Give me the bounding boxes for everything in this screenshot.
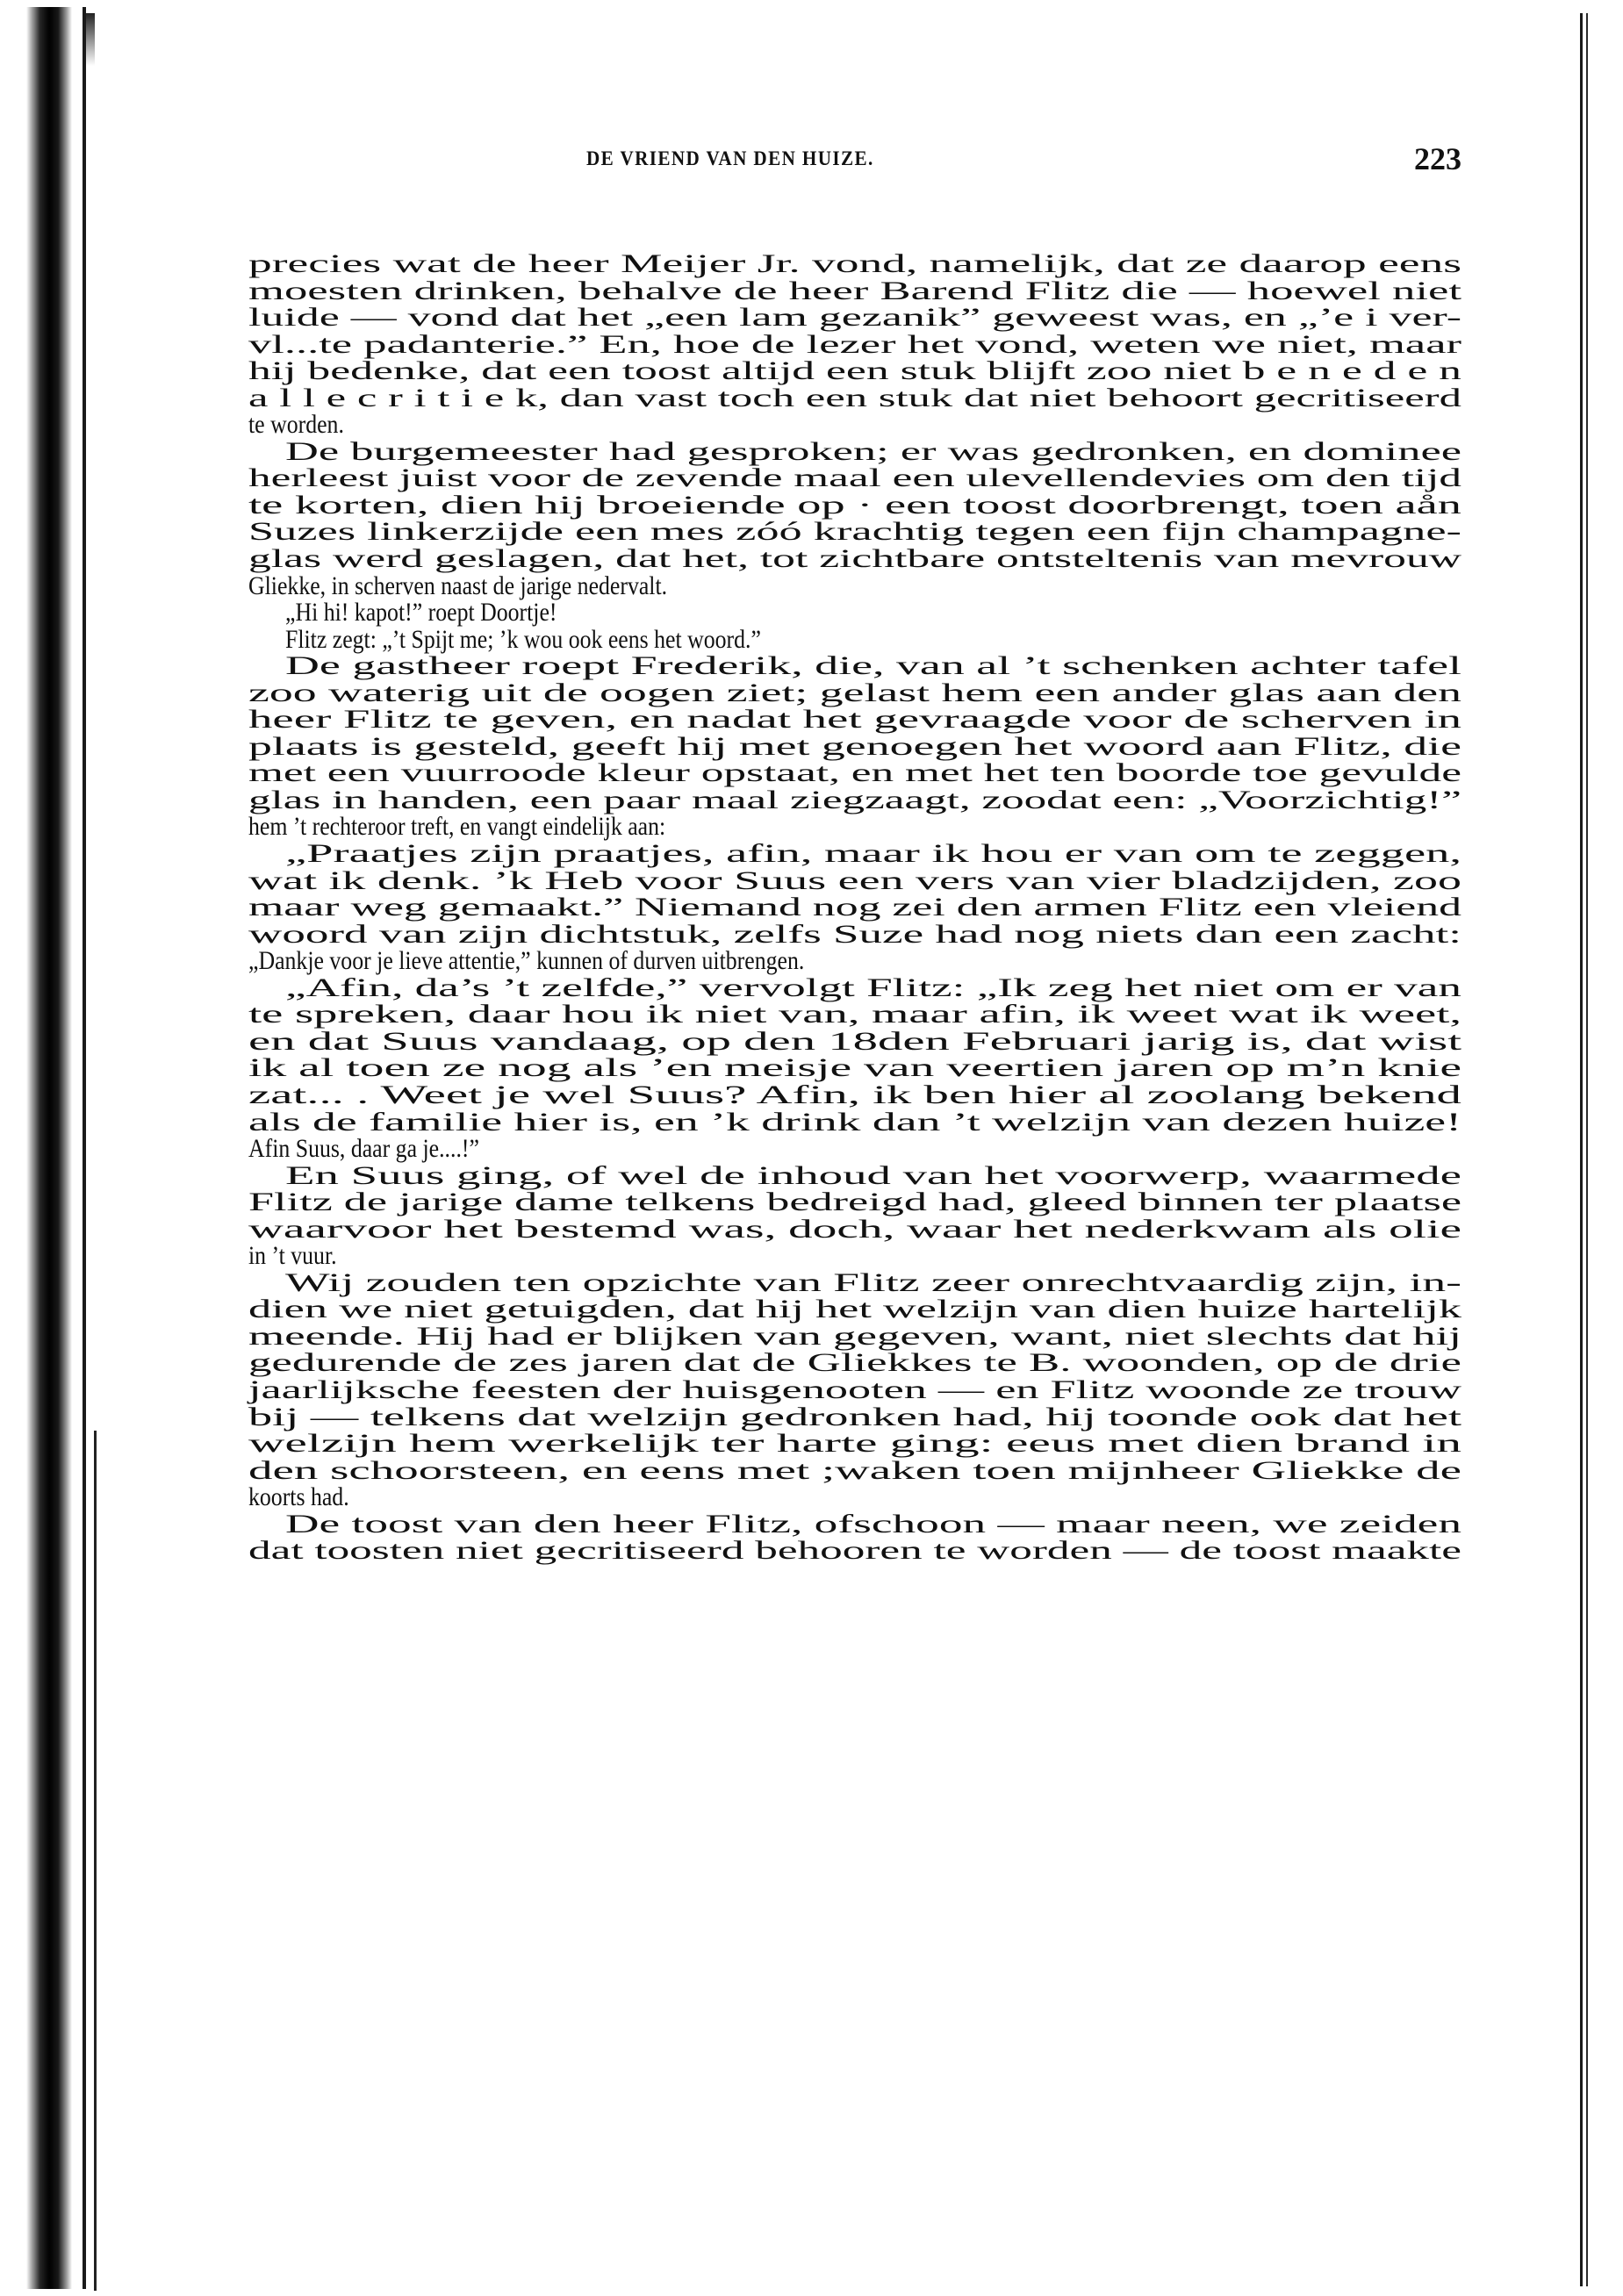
text-line-content: en dat Suus vandaag, op den 18den Februa… (248, 1029, 1461, 1056)
text-line-content: koorts had. (248, 1484, 349, 1511)
text-line: „Dankje voor je lieve attentie,” kunnen … (248, 948, 1461, 975)
text-line: Gliekke, in scherven naast de jarige ned… (248, 573, 1461, 600)
text-line: Flitz zegt: „’t Spijt me; ’k wou ook een… (248, 627, 1461, 654)
text-line: zoo waterig uit de oogen ziet; gelast he… (248, 680, 1461, 707)
text-line: Afin Suus, daar ga je....!” (248, 1136, 1461, 1163)
text-line: Wij zouden ten opzichte van Flitz zeer o… (248, 1270, 1461, 1297)
text-line-content: als de familie hier is, en ’k drink dan … (248, 1109, 1461, 1137)
text-line-content: den schoorsteen, en eens met ;waken toen… (248, 1458, 1461, 1485)
text-line-content: Gliekke, in scherven naast de jarige ned… (248, 573, 667, 600)
scan-right-edge-rule-inner (1586, 13, 1588, 2286)
scan-binding-edge-bottom (94, 1431, 97, 2291)
text-line: bij — telkens dat welzijn gedronken had,… (248, 1404, 1461, 1431)
text-line-content: in ’t vuur. (248, 1243, 337, 1270)
text-line-content: Wij zouden ten opzichte van Flitz zeer o… (285, 1270, 1461, 1297)
text-line: hij bedenke, dat een toost altijd een st… (248, 358, 1461, 385)
text-line: a l l e c r i t i e k, dan vast toch een… (248, 385, 1461, 413)
text-line: luide — vond dat het „een lam gezanik” g… (248, 305, 1461, 332)
text-line-content: wat ik denk. ’k Heb voor Suus een vers v… (248, 868, 1461, 895)
running-header-title: DE VRIEND VAN DEN HUIZE. (586, 147, 874, 170)
text-line-content: moesten drinken, behalve de heer Barend … (248, 278, 1461, 305)
text-line-content: „Afin, da’s ’t zelfde,” vervolgt Flitz: … (285, 975, 1461, 1002)
text-line-content: zoo waterig uit de oogen ziet; gelast he… (248, 680, 1461, 707)
text-line-content: glas werd geslagen, dat het, tot zichtba… (248, 546, 1461, 573)
text-line: te spreken, daar hou ik niet van, maar a… (248, 1001, 1461, 1029)
text-line: den schoorsteen, en eens met ;waken toen… (248, 1458, 1461, 1485)
text-line-content: luide — vond dat het „een lam gezanik” g… (248, 305, 1461, 332)
text-line-content: welzijn hem werkelijk ter harte ging: ee… (248, 1431, 1461, 1458)
text-line: precies wat de heer Meijer Jr. vond, nam… (248, 251, 1461, 278)
text-line-content: herleest juist voor de zevende maal een … (248, 465, 1461, 492)
text-line: vl...te padanterie.” En, hoe de lezer he… (248, 332, 1461, 359)
text-line: hem ’t rechteroor treft, en vangt eindel… (248, 814, 1461, 841)
text-line: heer Flitz te geven, en nadat het gevraa… (248, 707, 1461, 734)
text-line-content: En Suus ging, of wel de inhoud van het v… (285, 1163, 1461, 1190)
text-line-content: ik al toen ze nog als ’en meisje van vee… (248, 1055, 1461, 1082)
scan-binding-shadow (26, 7, 72, 2289)
text-line: koorts had. (248, 1484, 1461, 1511)
text-line: jaarlijksche feesten der huisgenooten — … (248, 1377, 1461, 1404)
text-line: dien we niet getuigden, dat hij het welz… (248, 1296, 1461, 1324)
text-line-content: heer Flitz te geven, en nadat het gevraa… (248, 707, 1461, 734)
text-line: als de familie hier is, en ’k drink dan … (248, 1109, 1461, 1137)
text-line-content: hij bedenke, dat een toost altijd een st… (248, 358, 1461, 385)
text-line: De gastheer roept Frederik, die, van al … (248, 653, 1461, 680)
text-line: welzijn hem werkelijk ter harte ging: ee… (248, 1431, 1461, 1458)
text-line: Suzes linkerzijde een mes zóó krachtig t… (248, 519, 1461, 546)
text-line-content: „Praatjes zijn praatjes, afin, maar ik h… (285, 841, 1461, 868)
text-line-content: waarvoor het bestemd was, doch, waar het… (248, 1216, 1461, 1244)
text-line-content: meende. Hij had er blijken van gegeven, … (248, 1324, 1461, 1351)
text-line-content: precies wat de heer Meijer Jr. vond, nam… (248, 251, 1461, 278)
text-line: glas werd geslagen, dat het, tot zichtba… (248, 546, 1461, 573)
text-line-content: De toost van den heer Flitz, ofschoon — … (285, 1511, 1461, 1539)
text-line-content: maar weg gemaakt.” Niemand nog zei den a… (248, 894, 1461, 922)
scan-binding-edge-top (86, 13, 95, 66)
text-line-content: te korten, dien hij broeiende op · een t… (248, 492, 1461, 520)
text-line: De burgemeester had gesproken; er was ge… (248, 439, 1461, 466)
text-line-content: jaarlijksche feesten der huisgenooten — … (248, 1377, 1461, 1404)
body-text: precies wat de heer Meijer Jr. vond, nam… (248, 251, 1461, 1565)
text-line: maar weg gemaakt.” Niemand nog zei den a… (248, 894, 1461, 922)
text-line: plaats is gesteld, geeft hij met genoege… (248, 734, 1461, 761)
text-line: in ’t vuur. (248, 1243, 1461, 1270)
text-line-content: Suzes linkerzijde een mes zóó krachtig t… (248, 519, 1461, 546)
text-line-content: De burgemeester had gesproken; er was ge… (285, 439, 1461, 466)
text-line: zat... . Weet je wel Suus? Afin, ik ben … (248, 1082, 1461, 1109)
text-line: waarvoor het bestemd was, doch, waar het… (248, 1216, 1461, 1244)
text-line: wat ik denk. ’k Heb voor Suus een vers v… (248, 868, 1461, 895)
text-line-content: „Hi hi! kapot!” roept Doortje! (285, 599, 557, 627)
text-line: Flitz de jarige dame telkens bedreigd ha… (248, 1189, 1461, 1216)
text-line-content: plaats is gesteld, geeft hij met genoege… (248, 734, 1461, 761)
text-line: te korten, dien hij broeiende op · een t… (248, 492, 1461, 520)
text-line-content: Afin Suus, daar ga je....!” (248, 1136, 479, 1163)
text-line-content: gedurende de zes jaren dat de Gliekkes t… (248, 1350, 1461, 1377)
text-line-content: dat toosten niet gecritiseerd behooren t… (248, 1538, 1461, 1565)
text-line-content: Flitz de jarige dame telkens bedreigd ha… (248, 1189, 1461, 1216)
text-line: ik al toen ze nog als ’en meisje van vee… (248, 1055, 1461, 1082)
text-line-content: woord van zijn dichtstuk, zelfs Suze had… (248, 922, 1461, 949)
text-line: „Praatjes zijn praatjes, afin, maar ik h… (248, 841, 1461, 868)
text-line: met een vuurroode kleur opstaat, en met … (248, 760, 1461, 787)
text-line: De toost van den heer Flitz, ofschoon — … (248, 1511, 1461, 1539)
running-header: DE VRIEND VAN DEN HUIZE. 223 (248, 140, 1461, 176)
text-line: „Hi hi! kapot!” roept Doortje! (248, 599, 1461, 627)
text-line-content: hem ’t rechteroor treft, en vangt eindel… (248, 814, 665, 841)
text-line: meende. Hij had er blijken van gegeven, … (248, 1324, 1461, 1351)
text-line-content: zat... . Weet je wel Suus? Afin, ik ben … (248, 1082, 1461, 1109)
text-line: te worden. (248, 412, 1461, 439)
text-line-content: te spreken, daar hou ik niet van, maar a… (248, 1001, 1461, 1029)
text-line-content: bij — telkens dat welzijn gedronken had,… (248, 1404, 1461, 1431)
text-line-content: met een vuurroode kleur opstaat, en met … (248, 760, 1461, 787)
text-line: dat toosten niet gecritiseerd behooren t… (248, 1538, 1461, 1565)
text-line: woord van zijn dichtstuk, zelfs Suze had… (248, 922, 1461, 949)
text-line-content: te worden. (248, 412, 344, 439)
text-line: en dat Suus vandaag, op den 18den Februa… (248, 1029, 1461, 1056)
page-number: 223 (1414, 140, 1461, 177)
text-line: „Afin, da’s ’t zelfde,” vervolgt Flitz: … (248, 975, 1461, 1002)
text-line-content: Flitz zegt: „’t Spijt me; ’k wou ook een… (285, 627, 761, 654)
text-line: gedurende de zes jaren dat de Gliekkes t… (248, 1350, 1461, 1377)
text-line: herleest juist voor de zevende maal een … (248, 465, 1461, 492)
text-line-content: vl...te padanterie.” En, hoe de lezer he… (248, 332, 1461, 359)
text-line-content: glas in handen, een paar maal ziegzaagt,… (248, 787, 1461, 814)
text-line-content: „Dankje voor je lieve attentie,” kunnen … (248, 948, 804, 975)
text-line-content: a l l e c r i t i e k, dan vast toch een… (248, 385, 1461, 413)
text-line-content: dien we niet getuigden, dat hij het welz… (248, 1296, 1461, 1324)
scan-right-edge-rule (1580, 13, 1583, 2286)
text-line: En Suus ging, of wel de inhoud van het v… (248, 1163, 1461, 1190)
text-line: glas in handen, een paar maal ziegzaagt,… (248, 787, 1461, 814)
text-line: moesten drinken, behalve de heer Barend … (248, 278, 1461, 305)
text-line-content: De gastheer roept Frederik, die, van al … (285, 653, 1461, 680)
scan-binding-edge (83, 7, 86, 2289)
